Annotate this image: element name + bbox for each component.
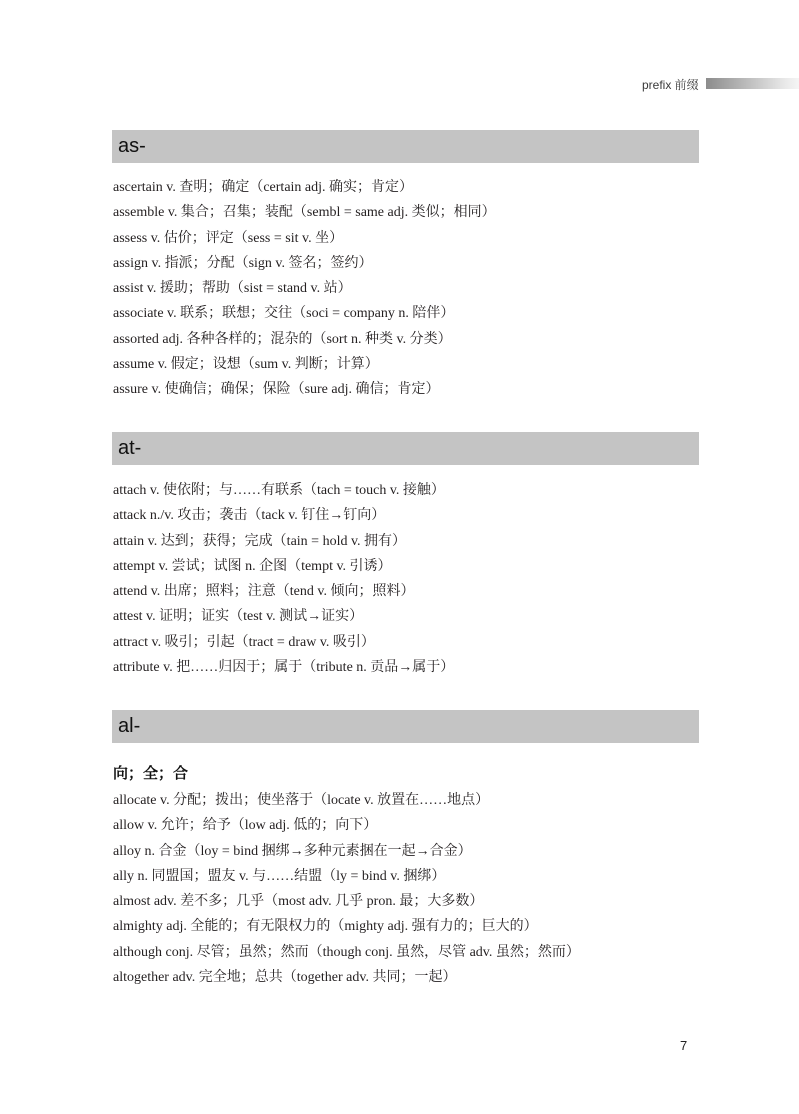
- section-header-as: as-: [112, 130, 699, 163]
- entry: attract v. 吸引；引起（tract = draw v. 吸引）: [113, 630, 454, 655]
- entry: associate v. 联系；联想；交往（soci = company n. …: [113, 301, 496, 326]
- entry: attach v. 使依附；与……有联系（tach = touch v. 接触）: [113, 478, 454, 503]
- entry: assure v. 使确信；确保；保险（sure adj. 确信；肯定）: [113, 377, 496, 402]
- running-head-gradient-bar: [706, 78, 799, 89]
- entry: ally n. 同盟国；盟友 v. 与……结盟（ly = bind v. 捆绑）: [113, 864, 580, 889]
- section-header-at: at-: [112, 432, 699, 465]
- entry: attribute v. 把……归因于；属于（tribute n. 贡品→属于）: [113, 655, 454, 680]
- entry: alloy n. 合金（loy = bind 捆绑→多种元素捆在一起→合金）: [113, 839, 580, 864]
- section-header-al: al-: [112, 710, 699, 743]
- entry: assist v. 援助；帮助（sist = stand v. 站）: [113, 276, 496, 301]
- section-meaning-subheading: 向；全；合: [113, 762, 188, 783]
- section-prefix: as-: [118, 135, 146, 158]
- entry: assemble v. 集合；召集；装配（sembl = same adj. 类…: [113, 200, 496, 225]
- entry: almost adv. 差不多；几乎（most adv. 几乎 pron. 最；…: [113, 889, 580, 914]
- entry: allocate v. 分配；拨出；使坐落于（locate v. 放置在……地点…: [113, 788, 580, 813]
- entry: assess v. 估价；评定（sess = sit v. 坐）: [113, 226, 496, 251]
- entry-list-as: ascertain v. 查明；确定（certain adj. 确实；肯定） a…: [113, 175, 496, 403]
- entry: ascertain v. 查明；确定（certain adj. 确实；肯定）: [113, 175, 496, 200]
- entry: attack n./v. 攻击；袭击（tack v. 钉住→钉向）: [113, 503, 454, 528]
- entry: although conj. 尽管；虽然；然而（though conj. 虽然，…: [113, 940, 580, 965]
- entry: attain v. 达到；获得；完成（tain = hold v. 拥有）: [113, 529, 454, 554]
- entry: allow v. 允许；给予（low adj. 低的；向下）: [113, 813, 580, 838]
- entry: assign v. 指派；分配（sign v. 签名；签约）: [113, 251, 496, 276]
- entry: assume v. 假定；设想（sum v. 判断；计算）: [113, 352, 496, 377]
- entry-list-at: attach v. 使依附；与……有联系（tach = touch v. 接触）…: [113, 478, 454, 680]
- section-prefix: al-: [118, 715, 140, 738]
- entry: attempt v. 尝试；试图 n. 企图（tempt v. 引诱）: [113, 554, 454, 579]
- entry: altogether adv. 完全地；总共（together adv. 共同；…: [113, 965, 580, 990]
- entry: attend v. 出席；照料；注意（tend v. 倾向；照料）: [113, 579, 454, 604]
- section-prefix: at-: [118, 437, 141, 460]
- page-number: 7: [680, 1038, 687, 1053]
- entry: assorted adj. 各种各样的；混杂的（sort n. 种类 v. 分类…: [113, 327, 496, 352]
- entry-list-al: allocate v. 分配；拨出；使坐落于（locate v. 放置在……地点…: [113, 788, 580, 990]
- running-head: prefix 前缀: [642, 76, 699, 93]
- entry: attest v. 证明；证实（test v. 测试→证实）: [113, 604, 454, 629]
- entry: almighty adj. 全能的；有无限权力的（mighty adj. 强有力…: [113, 914, 580, 939]
